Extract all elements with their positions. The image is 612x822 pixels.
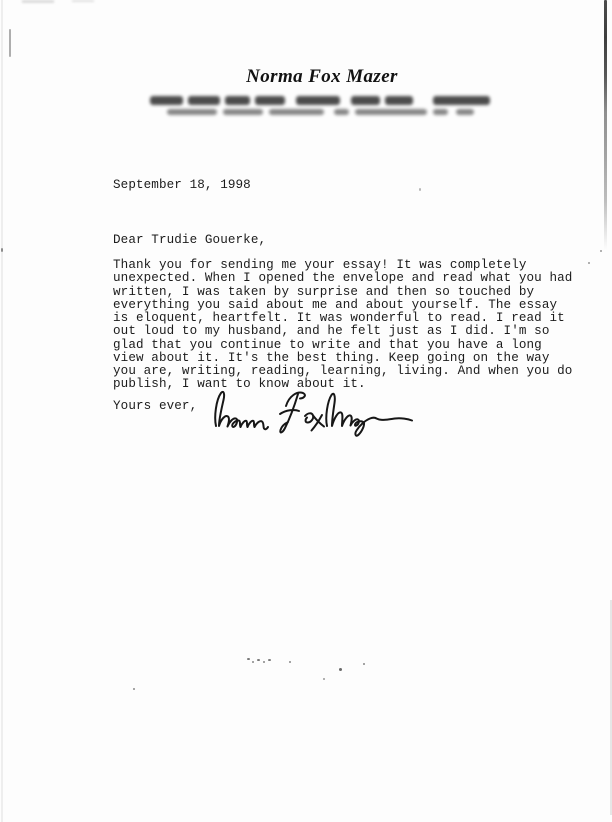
salutation: Dear Trudie Gouerke, xyxy=(113,234,266,247)
redacted-address-line xyxy=(150,96,490,105)
scan-speckle xyxy=(289,661,291,663)
scan-speckle xyxy=(339,668,342,671)
handwritten-signature xyxy=(210,389,414,439)
redacted-phone-line xyxy=(167,109,474,115)
signature-stroke-mazer xyxy=(326,394,412,436)
scan-speckle xyxy=(419,188,421,191)
signature-stroke-norma xyxy=(215,392,268,429)
scanned-letter-page: Norma Fox Mazer September 18, 1998 Dear … xyxy=(0,0,612,822)
scan-speckle xyxy=(268,659,271,661)
scan-speckle xyxy=(247,658,250,660)
scan-speckle xyxy=(1,248,3,252)
closing-phrase: Yours ever, xyxy=(113,400,197,413)
scan-speckle xyxy=(363,663,365,665)
letter-date: September 18, 1998 xyxy=(113,179,251,192)
letter-body: Thank you for sending me your essay! It … xyxy=(113,259,572,392)
scan-speckle xyxy=(600,250,602,252)
scan-speckle xyxy=(588,262,590,264)
scan-smudge-top xyxy=(72,0,94,2)
scan-speckle xyxy=(252,661,254,663)
letterhead-name: Norma Fox Mazer xyxy=(32,66,612,88)
scan-speckle xyxy=(263,661,265,663)
scan-speckle xyxy=(133,688,135,690)
scan-speckle xyxy=(323,678,325,680)
signature-stroke-fox xyxy=(280,393,324,433)
scan-artifact-left-edge-line xyxy=(1,0,3,822)
scan-artifact-left-mark xyxy=(9,29,11,57)
scan-artifact-right-edge-line xyxy=(604,0,607,250)
scan-smudge-top xyxy=(22,0,54,3)
scan-speckle xyxy=(257,659,260,661)
